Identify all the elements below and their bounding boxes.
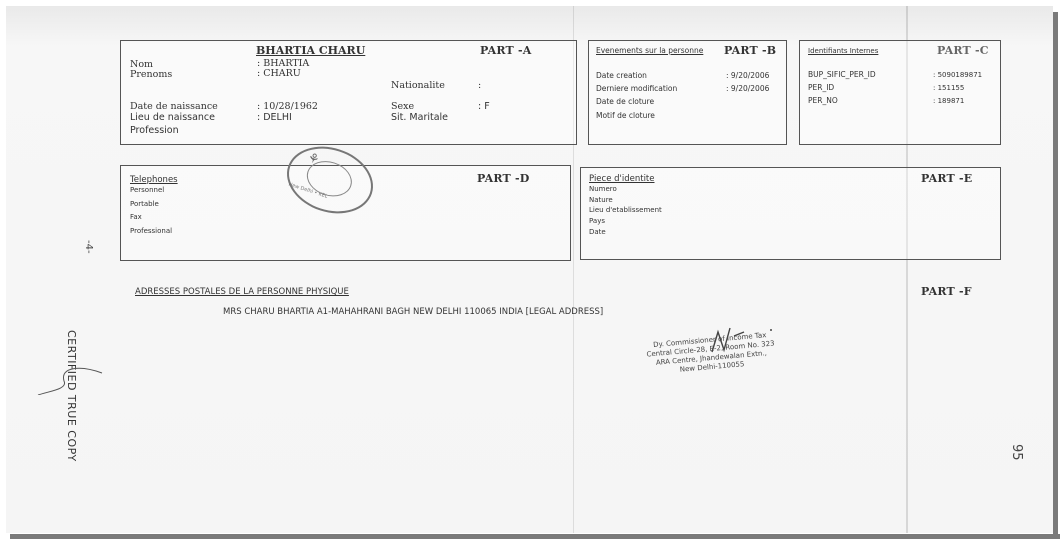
field-value-date-creation: : 9/20/2006 [726, 71, 769, 80]
field-label-nature: Nature [589, 196, 613, 204]
field-label-profession: Profession [130, 125, 179, 136]
field-label-fax: Fax [130, 213, 142, 221]
field-value-sexe: : F [478, 101, 490, 112]
field-label-professional: Professional [130, 227, 172, 235]
part-b-heading: Evenements sur la personne [596, 46, 703, 55]
field-value-prenoms: : CHARU [257, 68, 301, 79]
page-number: 95 [1009, 444, 1024, 461]
field-label-derniere-modification: Derniere modification [596, 84, 677, 93]
field-label-per-no: PER_NO [808, 96, 838, 105]
field-label-date-creation: Date creation [596, 71, 647, 80]
page-shadow-right [1053, 12, 1058, 539]
field-label-motif-cloture: Motif de cloture [596, 111, 655, 120]
field-label-personnel: Personnel [130, 186, 164, 194]
field-label-nationalite: Nationalite [391, 80, 445, 91]
field-value-derniere-modification: : 9/20/2006 [726, 84, 769, 93]
field-value-per-id: : 151155 [933, 84, 964, 92]
field-value-date-naissance: : 10/28/1962 [257, 101, 318, 112]
field-label-lieu-etablissement: Lieu d'etablissement [589, 206, 662, 214]
field-label-date-naissance: Date de naissance [130, 101, 218, 112]
part-e-label: PART -E [921, 172, 972, 185]
part-d-heading: Telephones [130, 175, 178, 185]
page-mark: -4- [83, 240, 94, 254]
certification-signature-icon [30, 355, 120, 395]
field-value-nationalite: : [478, 80, 481, 91]
field-label-date: Date [589, 228, 606, 236]
part-b-label: PART -B [724, 44, 776, 57]
part-f-heading: ADRESSES POSTALES DE LA PERSONNE PHYSIQU… [135, 287, 349, 297]
field-label-bup-sific-per-id: BUP_SIFIC_PER_ID [808, 70, 876, 79]
field-label-portable: Portable [130, 200, 159, 208]
field-label-per-id: PER_ID [808, 83, 834, 92]
part-e-heading: Piece d'identite [589, 174, 655, 184]
part-a-heading: BHARTIA CHARU [256, 44, 365, 57]
certified-true-copy: CERTIFIED TRUE COPY [65, 330, 78, 462]
field-label-pays: Pays [589, 217, 605, 225]
field-value-bup-sific-per-id: : 5090189871 [933, 71, 982, 79]
page-shadow-bottom [10, 534, 1060, 539]
part-f-label: PART -F [921, 285, 972, 298]
field-label-date-cloture: Date de cloture [596, 97, 654, 106]
part-a-label: PART -A [480, 44, 531, 57]
part-d-label: PART -D [477, 172, 529, 185]
field-label-sit-maritale: Sit. Maritale [391, 112, 448, 123]
field-label-sexe: Sexe [391, 101, 414, 112]
legal-address: MRS CHARU BHARTIA A1-MAHAHRANI BAGH NEW … [223, 307, 603, 317]
field-value-lieu-naissance: : DELHI [257, 112, 292, 123]
field-value-per-no: : 189871 [933, 97, 964, 105]
part-c-label: PART -C [937, 44, 989, 57]
field-label-numero: Numero [589, 185, 617, 193]
part-c-heading: Identifiants Internes [808, 47, 878, 55]
field-label-lieu-naissance: Lieu de naissance [130, 112, 215, 123]
field-label-prenoms: Prenoms [130, 69, 172, 80]
